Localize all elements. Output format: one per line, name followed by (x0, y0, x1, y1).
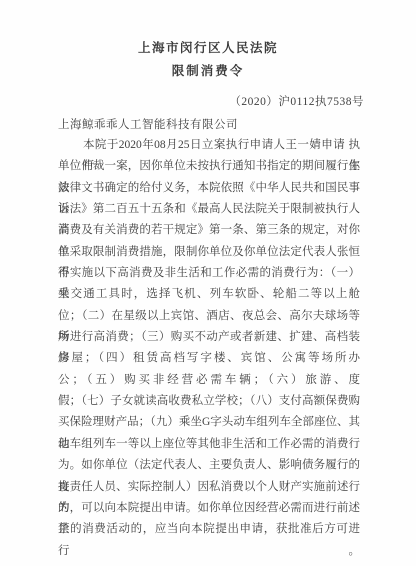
body-line: 得实施以下高消费及非生活和工作必需的消费行为：（一）乘 (58, 263, 360, 284)
document-body: 本院于2020年08月25日立案执行申请人王一婧申请 执行你 单位仲裁一案，因你… (58, 135, 360, 541)
body-line: 消费及有关消费的若干规定》第一条、第三条的规定，对你单 (58, 220, 360, 241)
body-line: 止的消费活动的，应当向本院提出申请，获批准后方可进行。 (58, 519, 360, 540)
body-line: 的，可以向本院提出申请。如你单位因经营必需而进行前述禁 (58, 498, 360, 519)
body-line: 讼法》第二百五十五条和《最高人民法院关于限制被执行人高 (58, 199, 360, 220)
body-line: 假；（七）子女就读高收费私立学校；（八）支付高额保费购 (58, 391, 360, 412)
body-line: 位；（二）在星级以上宾馆、酒店、夜总会、高尔夫球场等场 (58, 306, 360, 327)
body-line: 单位仲裁一案，因你单位未按执行通知书指定的期间履行生效 (58, 156, 360, 177)
addressee-company-name: 上海鲸乖乖人工智能科技有限公司 (58, 116, 364, 132)
body-line: 所进行高消费；（三）购买不动产或者新建、扩建、高档装修 (58, 327, 360, 348)
body-line: 接责任人员、实际控制人）因私消费以个人财产实施前述行为 (58, 477, 360, 498)
body-line: 坐交通工具时，选择飞机、列车软卧、轮船二等以上舱 (58, 284, 360, 305)
body-line: 本院于2020年08月25日立案执行申请人王一婧申请 执行你 (58, 135, 360, 156)
body-line: 公；（五）购买非经营必需车辆；（六）旅游、度 (58, 370, 360, 391)
body-line: 位采取限制消费措施，限制你单位及你单位法定代表人张恒不 (58, 242, 360, 263)
document-title: 限制消费令 (0, 61, 416, 79)
body-line: 为。如你单位（法定代表人、主要负责人、影响债务履行的直 (58, 455, 360, 476)
body-line: 动车组列车一等以上座位等其他非生活和工作必需的消费行 (58, 434, 360, 455)
body-line: 法律文书确定的给付义务，本院依照《中华人民共和国民事诉 (58, 178, 360, 199)
case-number: （2020）沪0112执7538号 (58, 93, 364, 109)
court-name: 上海市闵行区人民法院 (0, 38, 416, 56)
court-document-page: 上海市闵行区人民法院 限制消费令 （2020）沪0112执7538号 上海鲸乖乖… (0, 0, 416, 566)
body-line: 买保险理财产品；（九）乘坐G字头动车组列车全部座位、其他 (58, 412, 360, 433)
body-line: 房屋；（四）租赁高档写字楼、宾馆、公寓等场所办 (58, 348, 360, 369)
